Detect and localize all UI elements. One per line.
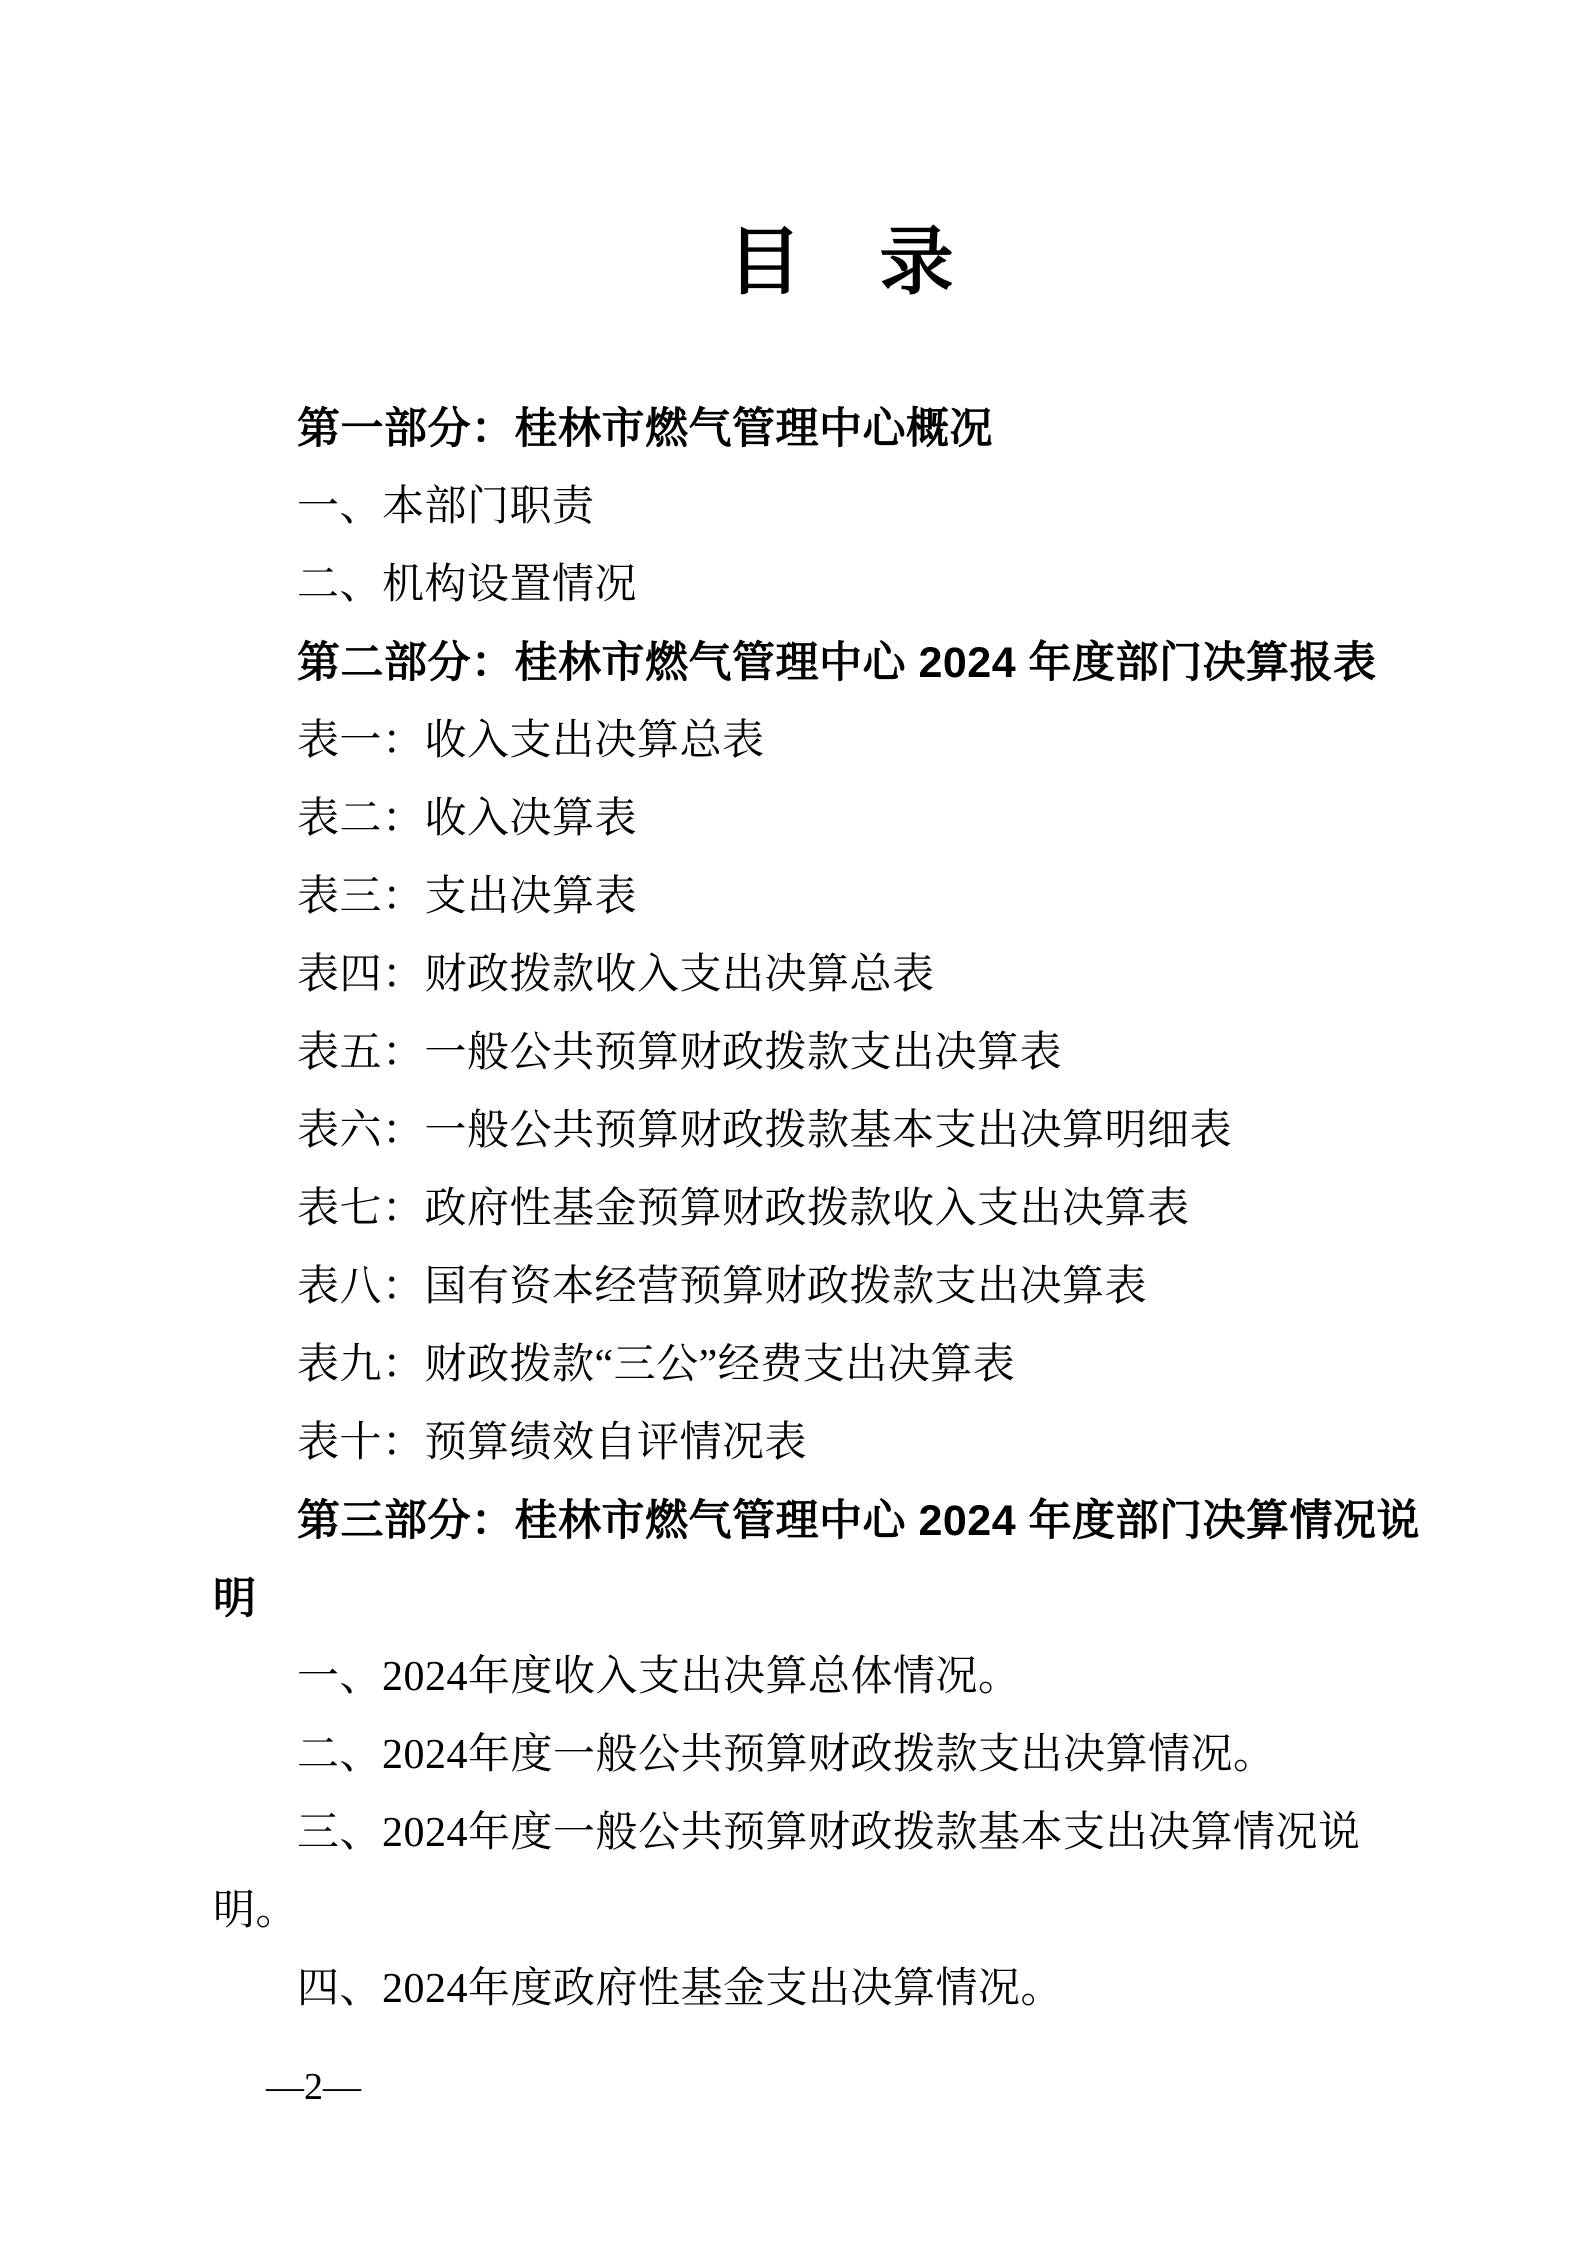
toc-part3-heading-line-2: 明 [213,1560,1453,1638]
toc-part3-item-2: 二、2024年度一般公共预算财政拨款支出决算情况。 [213,1716,1453,1794]
toc-part2-item-table-1: 表一：收入支出决算总表 [213,702,1453,780]
toc-part2-item-table-9: 表九：财政拨款“三公”经费支出决算表 [213,1326,1453,1404]
toc-part2-item-table-8: 表八：国有资本经营预算财政拨款支出决算表 [213,1248,1453,1326]
toc-part2-item-table-10: 表十：预算绩效自评情况表 [213,1404,1453,1482]
toc-part2-item-table-3: 表三：支出决算表 [213,858,1453,936]
page-title: 目 录 [0,226,1587,300]
toc-part2-item-table-5: 表五：一般公共预算财政拨款支出决算表 [213,1014,1453,1092]
toc-part1-heading: 第一部分：桂林市燃气管理中心概况 [213,390,1453,468]
toc-part3-item-4: 四、2024年度政府性基金支出决算情况。 [213,1950,1453,2028]
toc-part2-heading: 第二部分：桂林市燃气管理中心 2024 年度部门决算报表 [213,624,1453,702]
document-page: 目 录 第一部分：桂林市燃气管理中心概况 一、本部门职责 二、机构设置情况 第二… [0,0,1587,2245]
table-of-contents: 第一部分：桂林市燃气管理中心概况 一、本部门职责 二、机构设置情况 第二部分：桂… [213,390,1453,2028]
page-number: —2— [266,2068,361,2106]
toc-part3-item-3-line-2: 明。 [213,1872,1453,1950]
toc-part1-item-2: 二、机构设置情况 [213,546,1453,624]
toc-part2-item-table-7: 表七：政府性基金预算财政拨款收入支出决算表 [213,1170,1453,1248]
toc-part1-item-1: 一、本部门职责 [213,468,1453,546]
toc-part3-heading-line-1: 第三部分：桂林市燃气管理中心 2024 年度部门决算情况说 [213,1482,1453,1560]
toc-part3-item-1: 一、2024年度收入支出决算总体情况。 [213,1638,1453,1716]
toc-part3-item-3-line-1: 三、2024年度一般公共预算财政拨款基本支出决算情况说 [213,1794,1453,1872]
toc-part2-item-table-6: 表六：一般公共预算财政拨款基本支出决算明细表 [213,1092,1453,1170]
toc-part2-item-table-4: 表四：财政拨款收入支出决算总表 [213,936,1453,1014]
toc-part2-item-table-2: 表二：收入决算表 [213,780,1453,858]
